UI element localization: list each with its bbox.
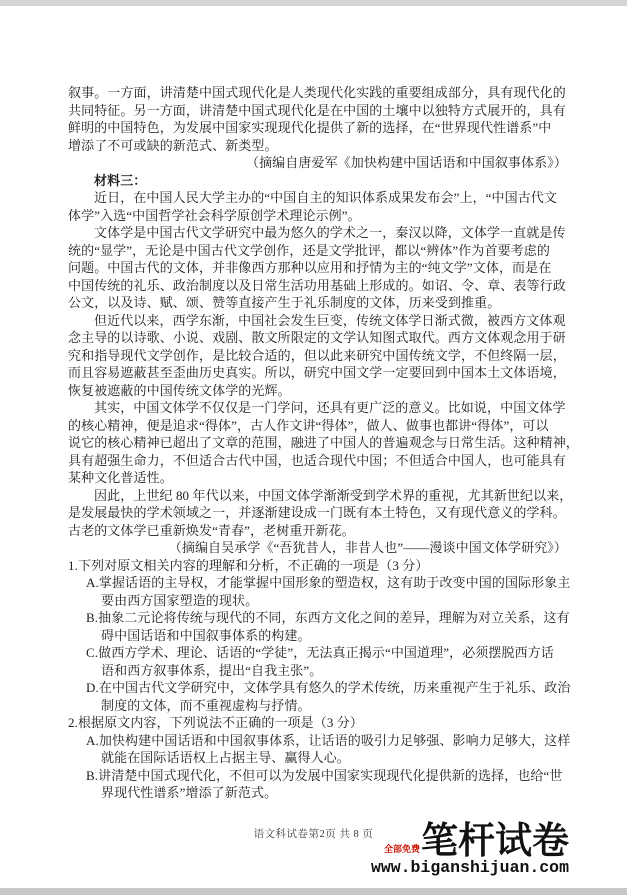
text-line: 恢复被遮蔽的中国传统文体学的光辉。 xyxy=(68,382,567,400)
text-line: 要由西方国家塑造的现状。 xyxy=(68,592,567,610)
text-line: 的核心精神，便是追求“得体”，古人作文讲“得体”，做人、做事也都讲“得体”，可以 xyxy=(68,417,567,435)
text-line: 但近代以来，西学东渐，中国社会发生巨变，传统文体学日渐式微，被西方文体观 xyxy=(68,312,567,330)
scan-edge-top xyxy=(0,0,627,6)
free-badge: 全部免费 xyxy=(384,842,420,855)
text-line: 制度的文体，而不重视虚构与抒情。 xyxy=(68,697,567,715)
text-line: 碍中国话语和中国叙事体系的构建。 xyxy=(68,627,567,645)
text-line: 究和指导现代文学创作，是比较合适的，但以此来研究中国传统文学，不但终隔一层， xyxy=(68,347,567,365)
text-line: 念主导的以诗歌、小说、戏剧、散文所限定的文学认知图式取代。西方文体观念用于研 xyxy=(68,329,567,347)
text-line: 某种文化普适性。 xyxy=(68,469,567,487)
text-line: 因此，上世纪 80 年代以来，中国文体学渐渐受到学术界的重视，尤其新世纪以来， xyxy=(68,487,567,505)
text-line: B.讲清楚中国式现代化，不但可以为发展中国家实现现代化提供新的选择，也给“世 xyxy=(68,767,567,785)
text-line: 公文，以及诗、赋、颂、赞等直接产生于礼乐制度的文体，历来受到推重。 xyxy=(68,294,567,312)
text-line: （摘编自唐爱军《加快构建中国话语和中国叙事体系》） xyxy=(68,154,567,172)
text-line: 而且容易遮蔽甚至歪曲历史真实。所以，研究中国文学一定要回到中国本土文体语境， xyxy=(68,364,567,382)
scan-edge-bottom xyxy=(0,888,627,895)
text-line: 叙事。一方面，讲清楚中国式现代化是人类现代化实践的重要组成部分，具有现代化的 xyxy=(68,84,567,102)
text-line: 其实，中国文体学不仅仅是一门学问，还具有更广泛的意义。比如说，中国文体学 xyxy=(68,399,567,417)
text-line: （摘编自吴承学《“吾犹昔人，非昔人也”——漫谈中国文体学研究》） xyxy=(68,539,567,557)
text-line: 2.根据原文内容，下列说法不正确的一项是（3 分） xyxy=(68,714,567,732)
text-line: 体学”入选“中国哲学社会科学原创学术理论示例”。 xyxy=(68,207,567,225)
text-line: 语和西方叙事体系，提出“自我主张”。 xyxy=(68,662,567,680)
text-line: 具有超强生命力，不但适合古代中国，也适合现代中国；不但适合中国人，也可能具有 xyxy=(68,452,567,470)
text-line: 问题。中国古代的文体，并非像西方那种以应用和抒情为主的“纯文学”文体，而是在 xyxy=(68,259,567,277)
text-line: 近日，在中国人民大学主办的“中国自主的知识体系成果发布会”上，“中国古代文 xyxy=(68,189,567,207)
text-line: 界现代性谱系”增添了新范式。 xyxy=(68,784,567,802)
text-line: 文体学是中国古代文学研究中最为悠久的学术之一，秦汉以降，文体学一直就是传 xyxy=(68,224,567,242)
watermark-brand-row: 全部免费 笔杆试卷 xyxy=(371,822,569,860)
site-url: www.biganshijuan.com xyxy=(371,858,569,878)
text-line: 鲜明的中国特色，为发展中国家实现现代化提供了新的选择，在“世界现代性谱系”中 xyxy=(68,119,567,137)
text-line: 是发展最快的学术领域之一，并逐渐建设成一门既有本土特色，又有现代意义的学科。 xyxy=(68,504,567,522)
text-line: D.在中国古代文学研究中，文体学具有悠久的学术传统，历来重视产生于礼乐、政治 xyxy=(68,679,567,697)
text-line: 说它的核心精神已超出了文章的范围，融进了中国人的普遍观念与日常生活。这种精神， xyxy=(68,434,567,452)
text-line: 共同特征。另一方面，讲清楚中国式现代化是在中国的土壤中以独特方式展开的，具有 xyxy=(68,102,567,120)
text-line: 材料三： xyxy=(68,172,567,190)
text-line: 1.下列对原文相关内容的理解和分析，不正确的一项是（3 分） xyxy=(68,557,567,575)
text-line: 就能在国际话语权上占据主导、赢得人心。 xyxy=(68,749,567,767)
text-line: 增添了不可或缺的新范式、新类型。 xyxy=(68,137,567,155)
text-line: C.做西方学术、理论、话语的“学徒”，无法真正揭示“中国道理”，必须摆脱西方话 xyxy=(68,644,567,662)
site-watermark: 全部免费 笔杆试卷 www.biganshijuan.com xyxy=(371,822,569,878)
brand-text: 笔杆试卷 xyxy=(421,822,569,860)
text-line: A.加快构建中国话语和中国叙事体系，让话语的吸引力足够强、影响力足够大，这样 xyxy=(68,732,567,750)
text-line: A.掌握话语的主导权，才能掌握中国形象的塑造权，这有助于改变中国的国际形象主 xyxy=(68,574,567,592)
text-line: 中国传统的礼乐、政治制度以及日常生活功用基础上形成的。如诏、令、章、表等行政 xyxy=(68,277,567,295)
exam-page-body: 叙事。一方面，讲清楚中国式现代化是人类现代化实践的重要组成部分，具有现代化的共同… xyxy=(68,84,567,802)
text-line: 古老的文体学已重新焕发“青春”，老树重开新花。 xyxy=(68,522,567,540)
text-line: B.抽象二元论将传统与现代的不同，东西方文化之间的差异，理解为对立关系，这有 xyxy=(68,609,567,627)
text-line: 统的“显学”，无论是中国古代文学创作，还是文学批评，都以“辨体”作为首要考虑的 xyxy=(68,242,567,260)
